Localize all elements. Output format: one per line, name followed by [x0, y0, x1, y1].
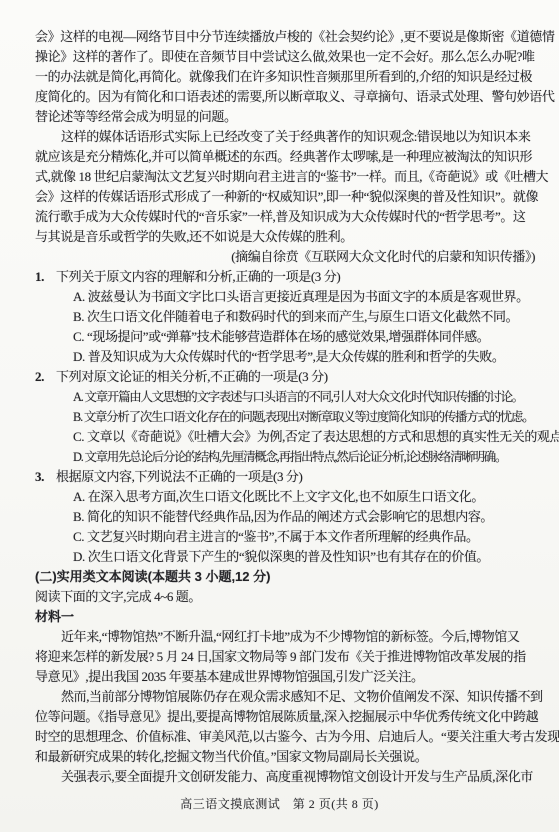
question-option: B. 简化的知识不能替代经典作品,因为作品的阐述方式会影响它的思想内容。 — [35, 507, 537, 527]
footer-text: 高三语文摸底测试 第 2 页(共 8 页) — [180, 797, 379, 811]
question-option: B. 文章分析了次生口语文化存在的问题,表现出对断章取义等过度简化知识的传播方式… — [35, 407, 537, 427]
material-line: 位等问题。《指导意见》提出,要提高博物馆展陈质量,深入挖掘展示中华优秀传统文化中… — [35, 707, 537, 727]
question-option: C. 文章以《奇葩说》《吐槽大会》为例,否定了表达思想的方式和思想的真实性无关的… — [35, 427, 537, 447]
question-option: B. 次生口语文化伴随着电子和数码时代的到来而产生,与原生口语文化截然不同。 — [35, 307, 537, 327]
material-line: 和最新研究成果的转化,挖掘文物当代价值。”国家文物局副局长关强说。 — [35, 747, 537, 767]
essay-line: 会》这样的电视—网络节目中分节连续播放卢梭的《社会契约论》,更不要说是像斯密《道… — [35, 27, 537, 47]
question-stem: 下列关于原文内容的理解和分析,正确的一项是(3 分) — [56, 269, 340, 284]
question-option: A. 波兹曼认为书面文字比口头语言更接近真理是因为书面文字的本质是客观世界。 — [35, 287, 537, 307]
material-line: 近年来,“博物馆热”不断升温,“网红打卡地”成为不少博物馆的新标签。今后,博物馆… — [35, 627, 537, 647]
essay-line: 会》这样的传媒话语形式形成了一种新的“权威知识”,即一种“貌似深奥的普及性知识”… — [35, 187, 537, 207]
essay-line: 度简化的。因为有简化和口语表述的需要,所以断章取义、寻章摘句、语录式处理、警句妙… — [35, 87, 537, 107]
material-line: 然而,当前部分博物馆展陈仍存在观众需求感知不足、文物价值阐发不深、知识传播不到 — [35, 687, 537, 707]
source-attribution: (摘编自徐贲《互联网大众文化时代的启蒙和知识传播》) — [35, 247, 537, 267]
material-line: 导意见》,提出我国 2035 年要基本建成世界博物馆强国,引发广泛关注。 — [35, 667, 537, 687]
essay-line: 一的办法就是简化,再简化。就像我们在许多知识性音频那里所看到的,介绍的知识是经过… — [35, 67, 537, 87]
question-option: D. 次生口语文化背景下产生的“貌似深奥的普及性知识”也有其存在的价值。 — [35, 547, 537, 567]
exam-page-scan: 会》这样的电视—网络节目中分节连续播放卢梭的《社会契约论》,更不要说是像斯密《道… — [0, 0, 559, 832]
section-heading: (二)实用类文本阅读(本题共 3 小题,12 分) — [35, 567, 537, 587]
page-footer: 高三语文摸底测试 第 2 页(共 8 页) — [0, 795, 559, 812]
question-option: A. 文章开篇由人文思想的文字表述与口头语言的不同,引人对大众文化时代知识传播的… — [35, 387, 537, 407]
question-stem-line: 3.根据原文内容,下列说法不正确的一项是(3 分) — [35, 467, 537, 487]
question-option: D. 普及知识成为大众传媒时代的“哲学思考”,是大众传媒的胜利和哲学的失败。 — [35, 347, 537, 367]
essay-line: 操论》这样的著作了。即使在音频节目中尝试这么做,效果也一定不会好。那么怎么办呢?… — [35, 47, 537, 67]
question-stem: 根据原文内容,下列说法不正确的一项是(3 分) — [56, 469, 302, 484]
essay-line: 与其说是音乐或哲学的失败,还不如说是大众传媒的胜利。 — [35, 227, 537, 247]
question-option: A. 在深入思考方面,次生口语文化既比不上文字文化,也不如原生口语文化。 — [35, 487, 537, 507]
page-content: 会》这样的电视—网络节目中分节连续播放卢梭的《社会契约论》,更不要说是像斯密《道… — [35, 27, 537, 787]
reading-instruction: 阅读下面的文字,完成 4~6 题。 — [35, 587, 537, 607]
question-stem: 下列对原文论证的相关分析,不正确的一项是(3 分) — [56, 369, 328, 384]
essay-line: 这样的媒体话语形式实际上已经改变了关于经典著作的知识观念:错误地以为知识本来 — [35, 127, 537, 147]
question-number: 3. — [35, 467, 56, 487]
material-line: 时空的思想理念、价值标准、审美风范,以古鉴今、古为今用、启迪后人。“要关注重大考… — [35, 727, 537, 747]
material-line: 将迎来怎样的新发展? 5 月 24 日,国家文物局等 9 部门发布《关于推进博物… — [35, 647, 537, 667]
question-option: D. 文章用先总论后分论的结构,先厘清概念,再指出特点,然后论证分析,论述脉络清… — [35, 447, 537, 467]
question-option: C. “现场提问”或“弹幕”技术能够营造群体在场的感觉效果,增强群体同伴感。 — [35, 327, 537, 347]
essay-line: 流行歌手成为大众传媒时代的“音乐家”一样,普及知识成为大众传媒时代的“哲学思考”… — [35, 207, 537, 227]
question-option: C. 文艺复兴时期向君主进言的“鉴书”,不属于本文作者所理解的经典作品。 — [35, 527, 537, 547]
essay-line: 替论述等等经常会成为明显的问题。 — [35, 107, 537, 127]
question-stem-line: 2.下列对原文论证的相关分析,不正确的一项是(3 分) — [35, 367, 537, 387]
material-line: 关强表示,要全面提升文创研发能力、高度重视博物馆文创设计开发与生产品质,深化市 — [35, 767, 537, 787]
essay-line: 式,就像 18 世纪启蒙淘汰文艺复兴时期向君主进言的“鉴书”一样。而且,《奇葩说… — [35, 167, 537, 187]
question-stem-line: 1.下列关于原文内容的理解和分析,正确的一项是(3 分) — [35, 267, 537, 287]
question-number: 2. — [35, 367, 56, 387]
material-heading: 材料一 — [35, 607, 537, 627]
question-number: 1. — [35, 267, 56, 287]
essay-line: 就应该是充分精炼化,并可以简单概述的东西。经典著作太啰嗦,是一种理应被淘汰的知识… — [35, 147, 537, 167]
